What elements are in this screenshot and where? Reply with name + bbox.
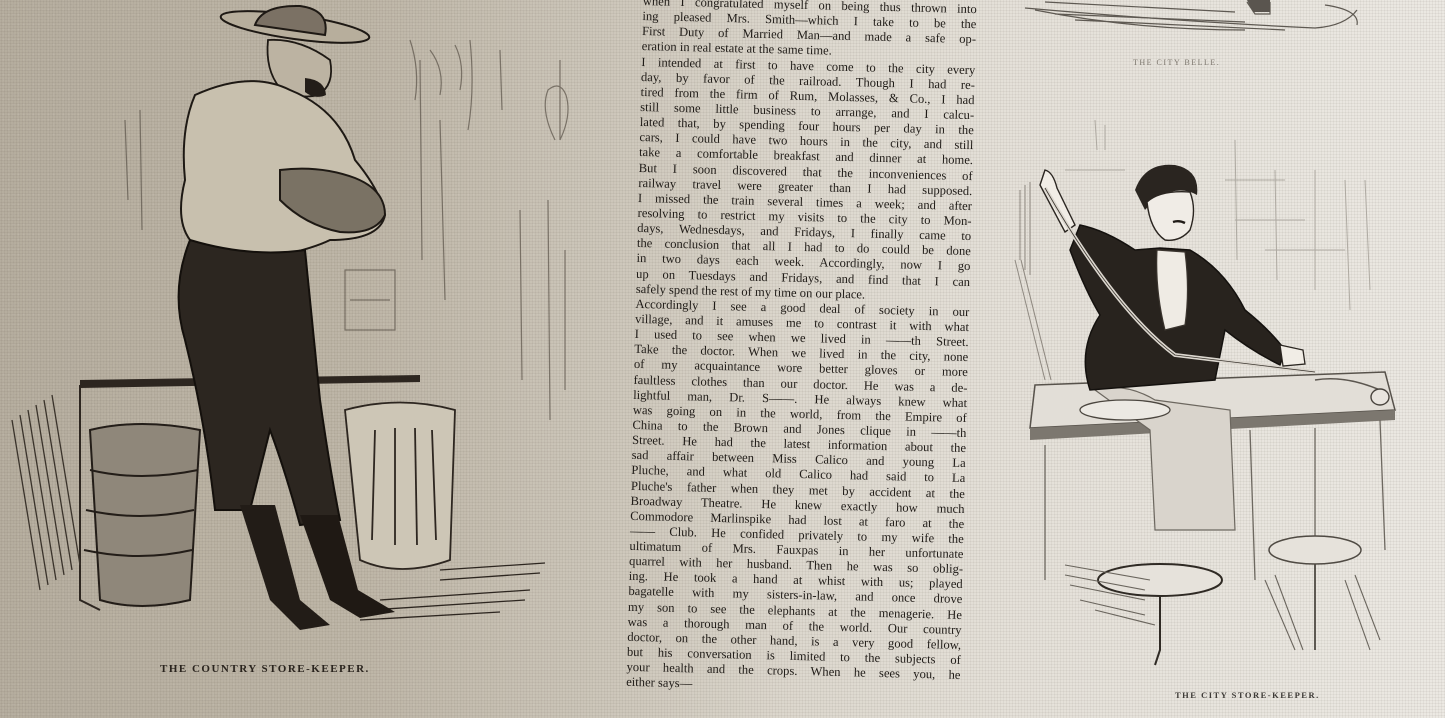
- article-text: when I congratulated myself on being thu…: [626, 0, 977, 698]
- country-store-keeper-illustration: [0, 0, 625, 660]
- country-store-keeper-panel: The Country Store-Keeper.: [0, 0, 625, 718]
- city-store-keeper-illustration: [985, 110, 1445, 680]
- city-belle-caption: The City Belle.: [1133, 58, 1220, 67]
- city-store-keeper-caption: The City Store-Keeper.: [1175, 690, 1320, 700]
- article-column: when I congratulated myself on being thu…: [625, 0, 985, 718]
- country-store-keeper-caption: The Country Store-Keeper.: [160, 663, 370, 675]
- city-belle-illustration-fragment: [985, 0, 1445, 55]
- city-store-keeper-panel: The City Belle.: [985, 0, 1445, 718]
